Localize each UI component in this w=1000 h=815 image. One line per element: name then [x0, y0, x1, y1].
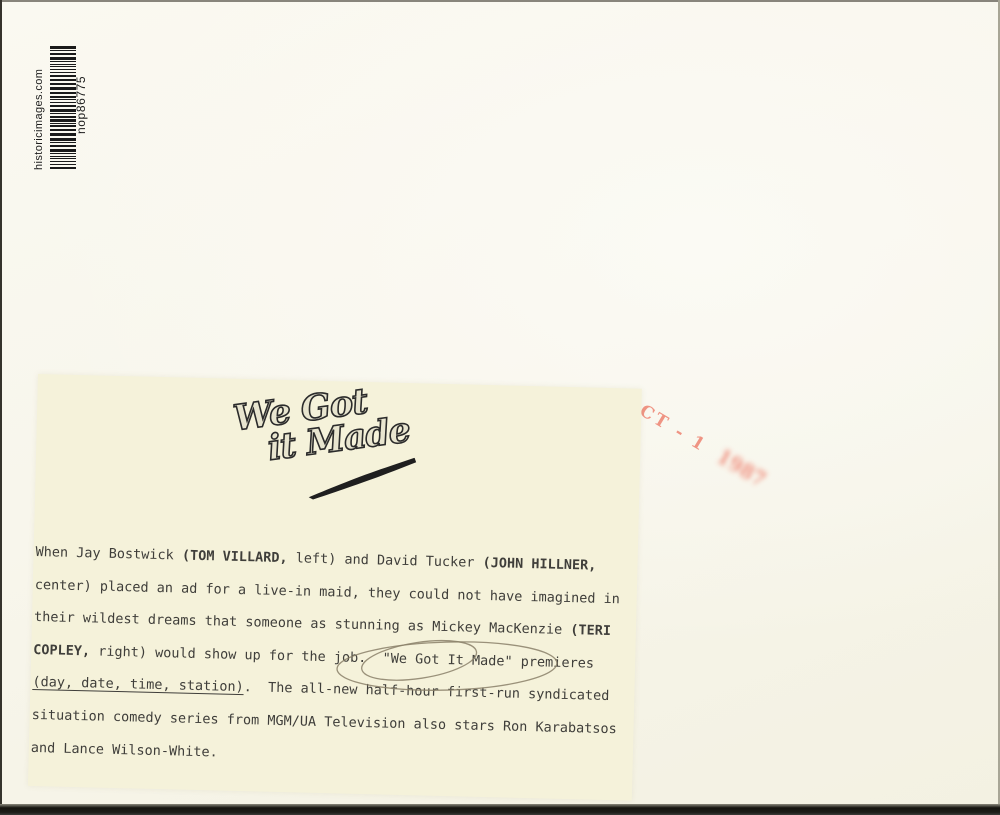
- date-stamp: OCT - 1 1987: [621, 390, 770, 492]
- paper-edge-left: [0, 0, 2, 815]
- barcode-label: historicimages.com nop86775: [30, 40, 100, 180]
- stamp-year-blob: 1987: [712, 444, 770, 492]
- show-logo: We Got it Made: [231, 371, 475, 520]
- barcode-code-text: nop86775: [74, 72, 88, 134]
- paper-edge-top: [0, 0, 1000, 2]
- snipe-paper: We Got it Made When Jay Bostwick (TOM VI…: [28, 374, 642, 801]
- barcode-icon: [50, 46, 76, 172]
- photo-paper: historicimages.com nop86775 OCT - 1 1987…: [0, 0, 1000, 815]
- pencil-ellipse-icon: [330, 629, 564, 701]
- page: { "colors":{ "paper":"#f8f6ec","snipe":"…: [0, 0, 1000, 815]
- barcode-site-text: historicimages.com: [33, 45, 45, 170]
- paper-edge-bottom: [0, 804, 1000, 815]
- logo-underline-swoosh-icon: [303, 457, 424, 500]
